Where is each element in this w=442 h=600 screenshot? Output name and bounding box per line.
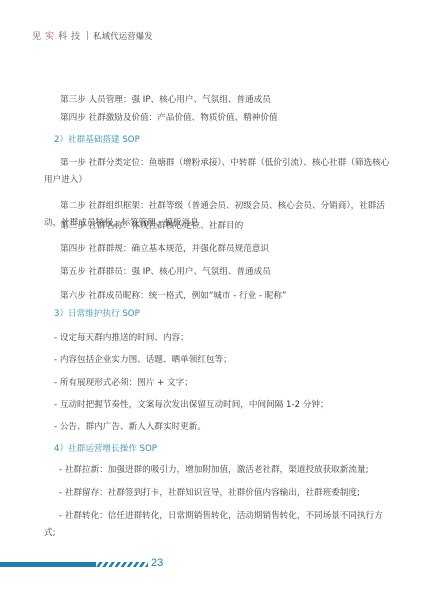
list-item: - 社群留存：社群签到打卡，社群知识宣导，社群价值内容输出，社群班委制度; (59, 485, 360, 502)
step-line: 第一步 社群分类定位：鱼塘群（增粉承接）、中转群（低价引流）、核心社群（筛选核心… (44, 155, 390, 189)
section-heading: 4）社群运营增长操作 SOP (54, 441, 157, 458)
header-separator: | (86, 31, 89, 41)
footer-accent-bar (0, 562, 96, 567)
brand-char-accent: 实 (45, 32, 58, 42)
step-line: 第六步 社群成员昵称：统一格式，例如“城市 - 行业 - 昵称” (60, 288, 286, 305)
step-line: 第四步 社群激励及价值：产品价值、物质价值、精神价值 (60, 110, 278, 127)
step-line: 第五步 社群群员：强 IP、核心用户、气氛组、普通成员 (60, 264, 271, 281)
footer-stripe-decoration (96, 562, 148, 567)
list-item: - 公告、群内广告、新人入群实时更新。 (54, 419, 206, 436)
step-line: 第三步 人员管理：强 IP、核心用户、气氛组、普通成员 (60, 92, 271, 109)
brand-char: 见 (32, 32, 45, 42)
list-item: - 所有展现形式必须：图片 + 文字； (54, 375, 193, 392)
list-item: - 社群拉新：加强进群的吸引力，增加附加值，激活老社群，渠道投放获取新流量; (59, 462, 369, 479)
brand-char: 科 (58, 32, 71, 42)
list-item: - 内容包括企业实力图、话题、晒单领红包等； (54, 352, 232, 369)
brand-logo-text: 见实科技 (32, 29, 84, 42)
document-subtitle: 私域代运营爆发 (93, 30, 153, 42)
list-item: - 互动时把握节奏性，文案每次发出保留互动时间，中间间隔 1-2 分钟； (54, 397, 329, 414)
list-item: - 社群转化：信任进群转化，日常期销售转化，活动期销售转化，不同场景不同执行方式… (44, 508, 390, 542)
page-header: 见实科技 | 私域代运营爆发 (32, 29, 153, 42)
section-heading: 2）社群基础搭建 SOP (54, 132, 140, 149)
section-heading: 3）日常维护执行 SOP (54, 306, 140, 323)
brand-char: 技 (71, 32, 84, 42)
step-line: 第三步 社群名称：体现社群核心定位、社群目的 (60, 218, 243, 235)
page-number: 23 (151, 557, 163, 569)
step-line: 第四步 社群群规：确立基本规范，并强化群员规范意识 (60, 241, 269, 258)
list-item: - 设定每天群内推送的时间、内容； (54, 330, 189, 347)
